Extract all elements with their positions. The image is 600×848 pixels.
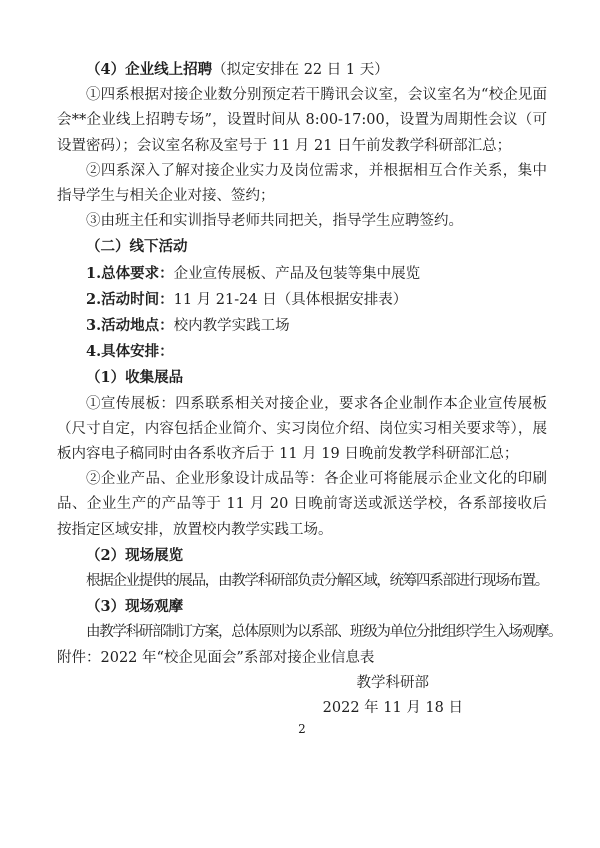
item-label: 4.具体安排： — [86, 343, 174, 360]
paragraph-text: 由教学科研部制订方案，总体原则为以系部、班级为单位分批组织学生入场观摩。 — [86, 624, 561, 640]
paragraph-collect-item-1: ①宣传展板：四系联系相关对接企业，要求各企业制作本企业宣传展板（尺寸自定，内容包… — [57, 392, 547, 468]
item-overall-requirements: 1.总体要求：企业宣传展板、产品及包装等集中展览 — [57, 261, 547, 287]
item-text: 企业宣传展板、产品及包装等集中展览 — [174, 266, 421, 282]
document-page: （4）企业线上招聘（拟定安排在 22 日 1 天） ①四系根据对接企业数分别预定… — [0, 0, 600, 848]
paragraph-online-item-3: ③由班主任和实训指导老师共同把关，指导学生应聘签约。 — [57, 209, 547, 234]
heading-label: （1）收集展品 — [86, 369, 183, 386]
page-number: 2 — [57, 721, 547, 737]
item-label: 1.总体要求： — [86, 265, 174, 282]
signature-department: 教学科研部 — [57, 671, 547, 696]
heading-label: （3）现场观摩 — [86, 598, 183, 615]
heading-label: （2）现场展览 — [86, 547, 183, 564]
item-text: 校内教学实践工场 — [174, 318, 290, 334]
paragraph-text: ②企业产品、企业形象设计成品等：各企业可将能展示企业文化的印刷品、企业生产的产品… — [57, 471, 547, 537]
item-label: 2.活动时间： — [86, 291, 174, 308]
paragraph-onsite-observation: 由教学科研部制订方案，总体原则为以系部、班级为单位分批组织学生入场观摩。 — [57, 620, 547, 645]
paragraph-text: ②四系深入了解对接企业实力及岗位需求，并根据相互合作关系，集中指导学生与相关企业… — [57, 163, 547, 204]
paragraph-text: 根据企业提供的展品，由教学科研部负责分解区域，统筹四系部进行现场布置。 — [86, 573, 548, 589]
paragraph-onsite-exhibition: 根据企业提供的展品，由教学科研部负责分解区域，统筹四系部进行现场布置。 — [57, 569, 547, 594]
heading-online-recruitment: （4）企业线上招聘（拟定安排在 22 日 1 天） — [57, 57, 547, 83]
heading-label: （二）线下活动 — [86, 238, 188, 255]
heading-note: （拟定安排在 22 日 1 天） — [212, 62, 389, 78]
item-activity-time: 2.活动时间：11 月 21-24 日（具体根据安排表） — [57, 287, 547, 313]
paragraph-online-item-2: ②四系深入了解对接企业实力及岗位需求，并根据相互合作关系，集中指导学生与相关企业… — [57, 159, 547, 209]
heading-collect-exhibits: （1）收集展品 — [57, 365, 547, 391]
paragraph-text: ①宣传展板：四系联系相关对接企业，要求各企业制作本企业宣传展板（尺寸自定，内容包… — [57, 396, 547, 462]
signature-date: 2022 年 11 月 18 日 — [57, 696, 547, 721]
heading-onsite-exhibition: （2）现场展览 — [57, 543, 547, 569]
item-label: 3.活动地点： — [86, 317, 174, 334]
item-activity-location: 3.活动地点：校内教学实践工场 — [57, 313, 547, 339]
item-text: 11 月 21-24 日（具体根据安排表） — [174, 292, 408, 308]
heading-offline-activities: （二）线下活动 — [57, 234, 547, 260]
item-specific-arrangements: 4.具体安排： — [57, 339, 547, 365]
paragraph-text: ①四系根据对接企业数分别预定若干腾讯会议室，会议室名为“校企见面会**企业线上招… — [57, 87, 547, 153]
heading-label: （4）企业线上招聘 — [86, 61, 212, 78]
paragraph-text: ③由班主任和实训指导老师共同把关，指导学生应聘签约。 — [86, 213, 463, 229]
heading-onsite-observation: （3）现场观摩 — [57, 594, 547, 620]
paragraph-online-item-1: ①四系根据对接企业数分别预定若干腾讯会议室，会议室名为“校企见面会**企业线上招… — [57, 83, 547, 159]
attachment-line: 附件：2022 年“校企见面会”系部对接企业信息表 — [57, 646, 547, 671]
paragraph-collect-item-2: ②企业产品、企业形象设计成品等：各企业可将能展示企业文化的印刷品、企业生产的产品… — [57, 467, 547, 543]
